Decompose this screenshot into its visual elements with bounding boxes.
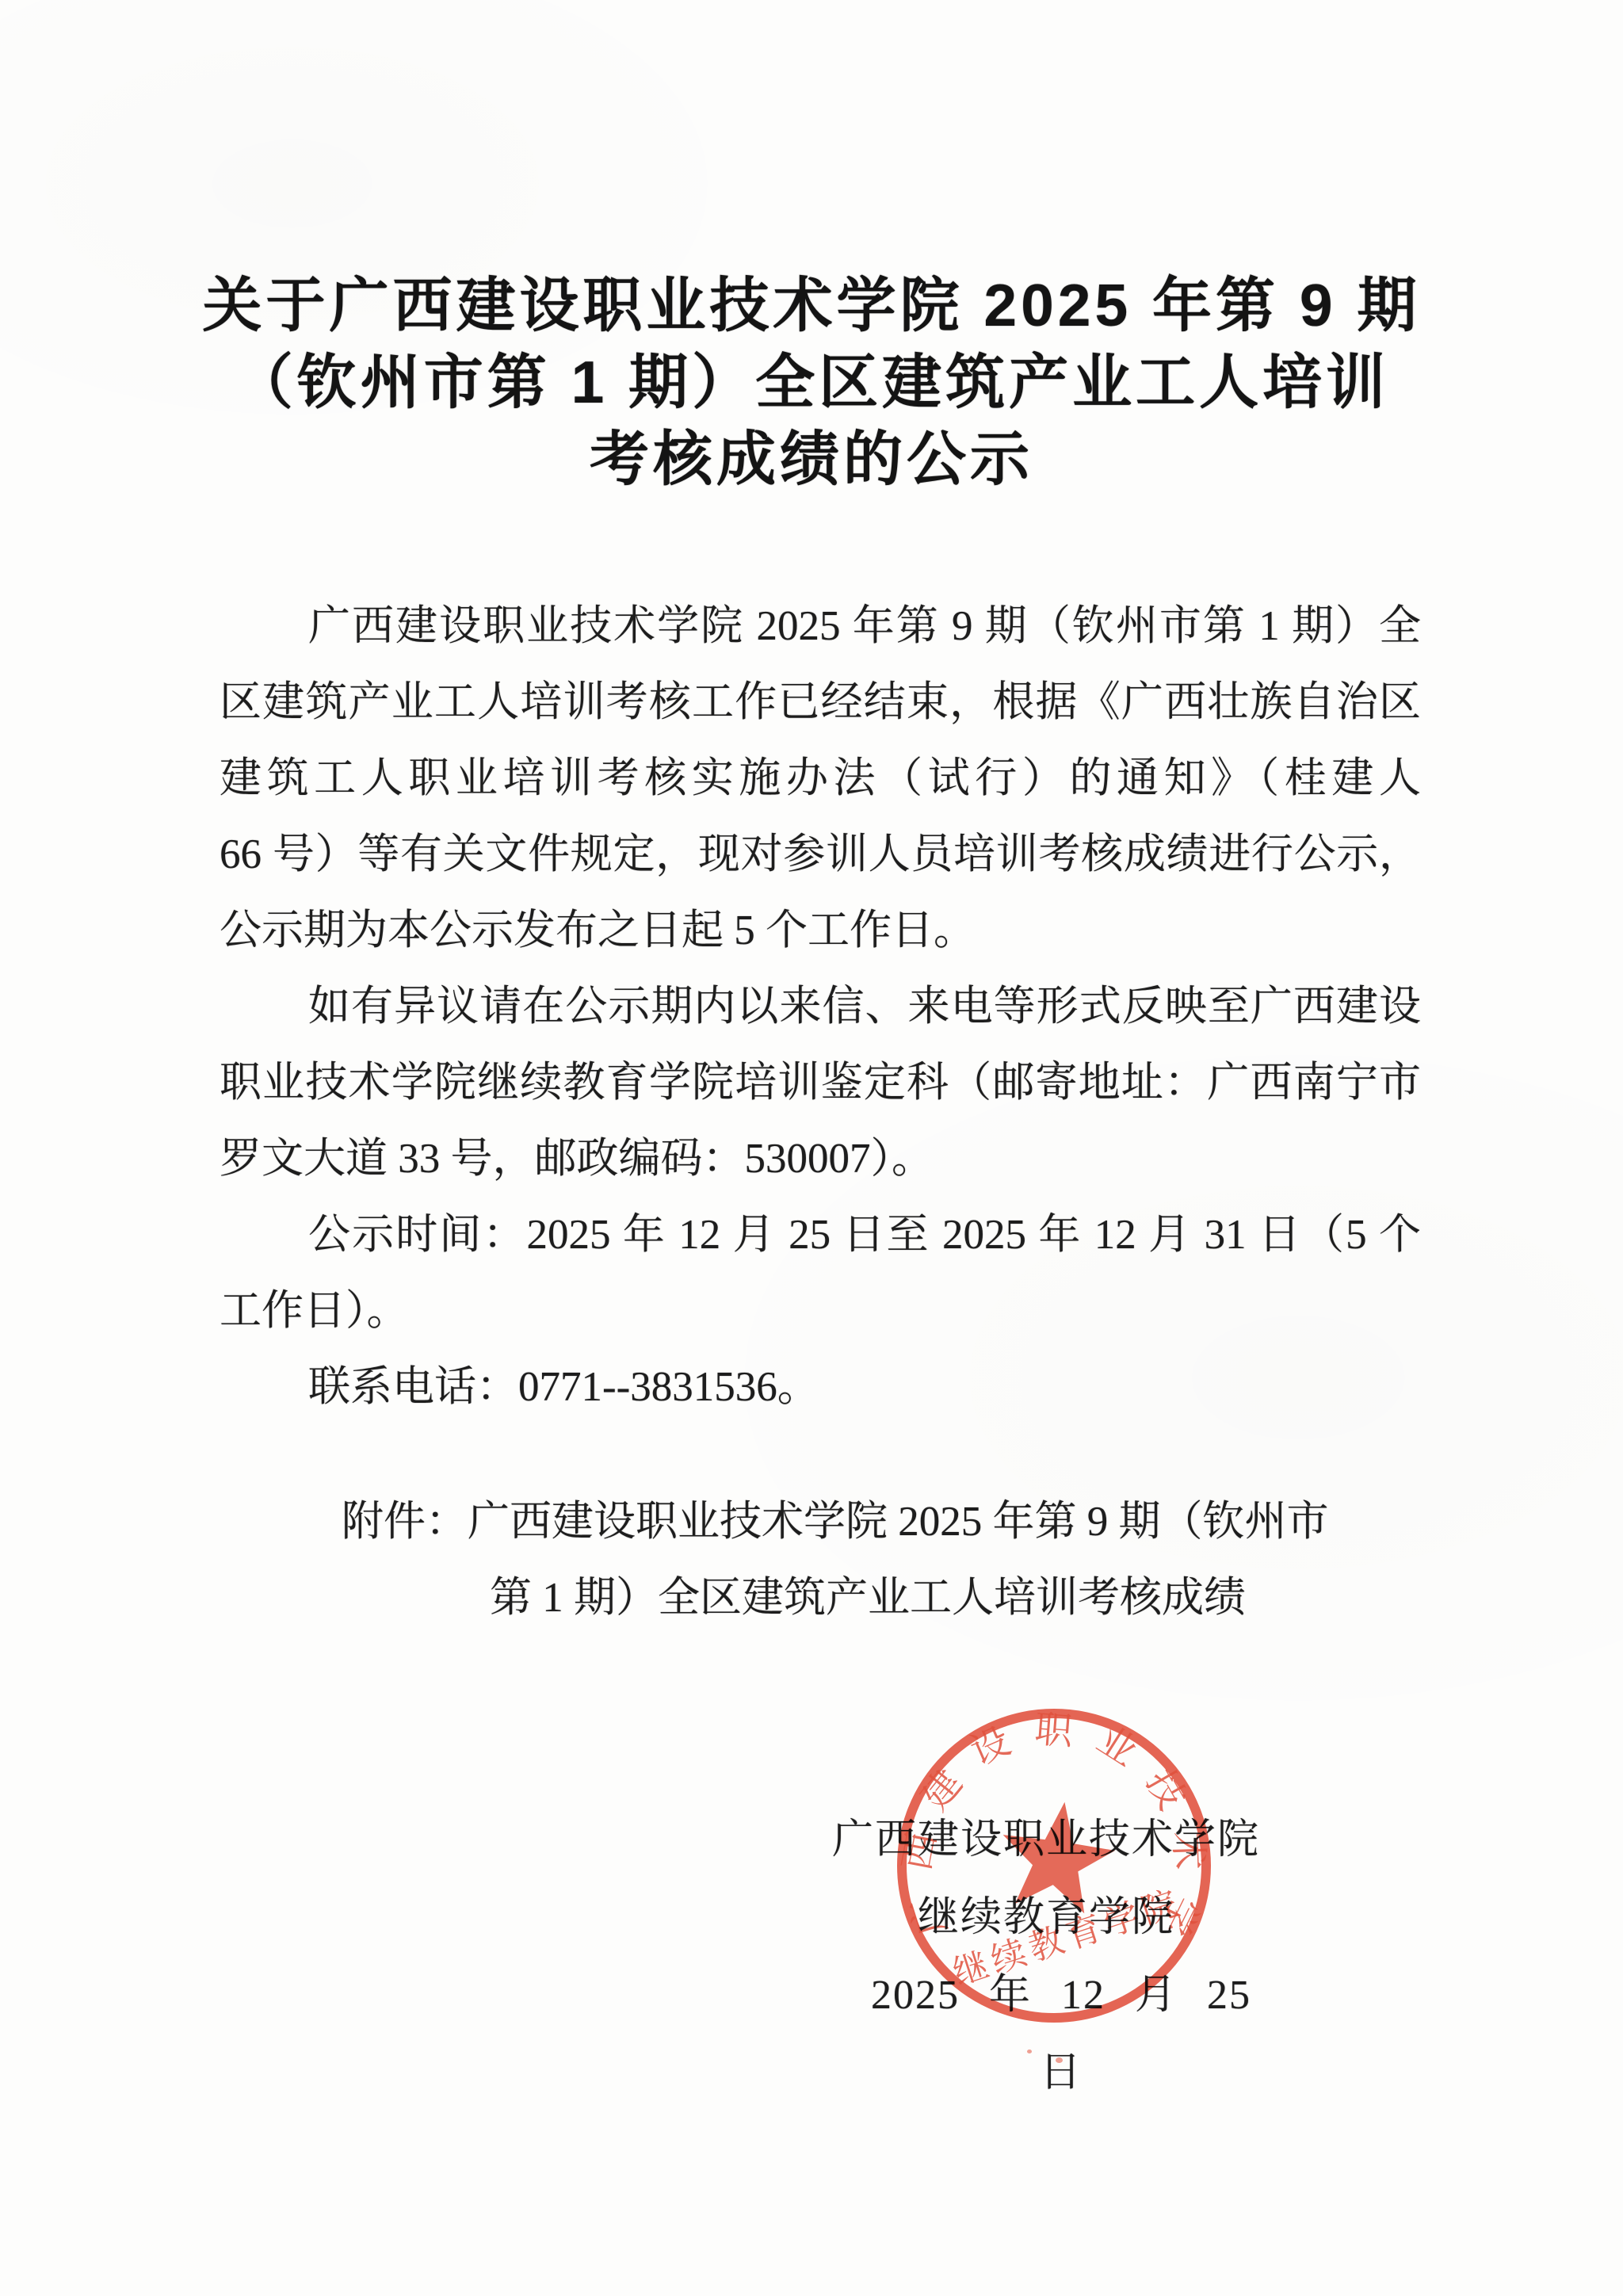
attachment-note: 附件：广西建设职业技术学院 2025 年第 9 期（钦州市 第 1 期）全区建筑… [220,1484,1421,1636]
ink-speck [1027,2050,1032,2053]
body-line: 如有异议请在公示期内以来信、来电等形式反映至广西建设 [220,968,1421,1045]
document-title: 关于广西建设职业技术学院 2025 年第 9 期 （钦州市第 1 期）全区建筑产… [0,267,1623,498]
body-line: 广西建设职业技术学院 2025 年第 9 期（钦州市第 1 期）全 [220,588,1421,664]
signature-block: 广西建设职业技术学院 继续教育学院 2025 年 12 月 25 日 [807,1801,1285,2112]
signature-date: 2025 年 12 月 25 日 [837,1957,1285,2112]
paragraph-2: 如有异议请在公示期内以来信、来电等形式反映至广西建设 职业技术学院继续教育学院培… [220,968,1421,1197]
body-line: 区建筑产业工人培训考核工作已经结束，根据《广西壮族自治区 [220,664,1421,740]
attachment-line-1: 附件：广西建设职业技术学院 2025 年第 9 期（钦州市 [342,1484,1421,1560]
title-line-2: （钦州市第 1 期）全区建筑产业工人培训 [0,344,1623,421]
signature-org-line-2: 继续教育学院 [807,1879,1285,1957]
signature-org-line-1: 广西建设职业技术学院 [807,1801,1285,1879]
body-line: 公示期为本公示发布之日起 5 个工作日。 [220,892,1421,968]
body-line: 公示时间：2025 年 12 月 25 日至 2025 年 12 月 31 日（… [220,1197,1421,1273]
document-page: 关于广西建设职业技术学院 2025 年第 9 期 （钦州市第 1 期）全区建筑产… [0,0,1623,2296]
body-line: 建筑工人职业培训考核实施办法（试行）的通知》（桂建人〔2015〕 [220,740,1421,816]
body-line: 罗文大道 33 号，邮政编码：530007）。 [220,1121,1421,1197]
title-line-1: 关于广西建设职业技术学院 2025 年第 9 期 [0,267,1623,344]
attachment-line-2: 第 1 期）全区建筑产业工人培训考核成绩 [490,1560,1421,1636]
title-line-3: 考核成绩的公示 [0,421,1623,498]
paragraph-3: 公示时间：2025 年 12 月 25 日至 2025 年 12 月 31 日（… [220,1197,1421,1349]
body-line: 职业技术学院继续教育学院培训鉴定科（邮寄地址：广西南宁市 [220,1045,1421,1121]
body-line: 66 号）等有关文件规定，现对参训人员培训考核成绩进行公示， [220,816,1421,892]
document-body: 广西建设职业技术学院 2025 年第 9 期（钦州市第 1 期）全 区建筑产业工… [220,588,1421,1425]
paragraph-1: 广西建设职业技术学院 2025 年第 9 期（钦州市第 1 期）全 区建筑产业工… [220,588,1421,968]
body-line: 联系电话：0771--3831536。 [220,1349,1421,1425]
ink-speck [1056,2057,1063,2063]
paragraph-4: 联系电话：0771--3831536。 [220,1349,1421,1425]
body-line: 工作日）。 [220,1273,1421,1349]
